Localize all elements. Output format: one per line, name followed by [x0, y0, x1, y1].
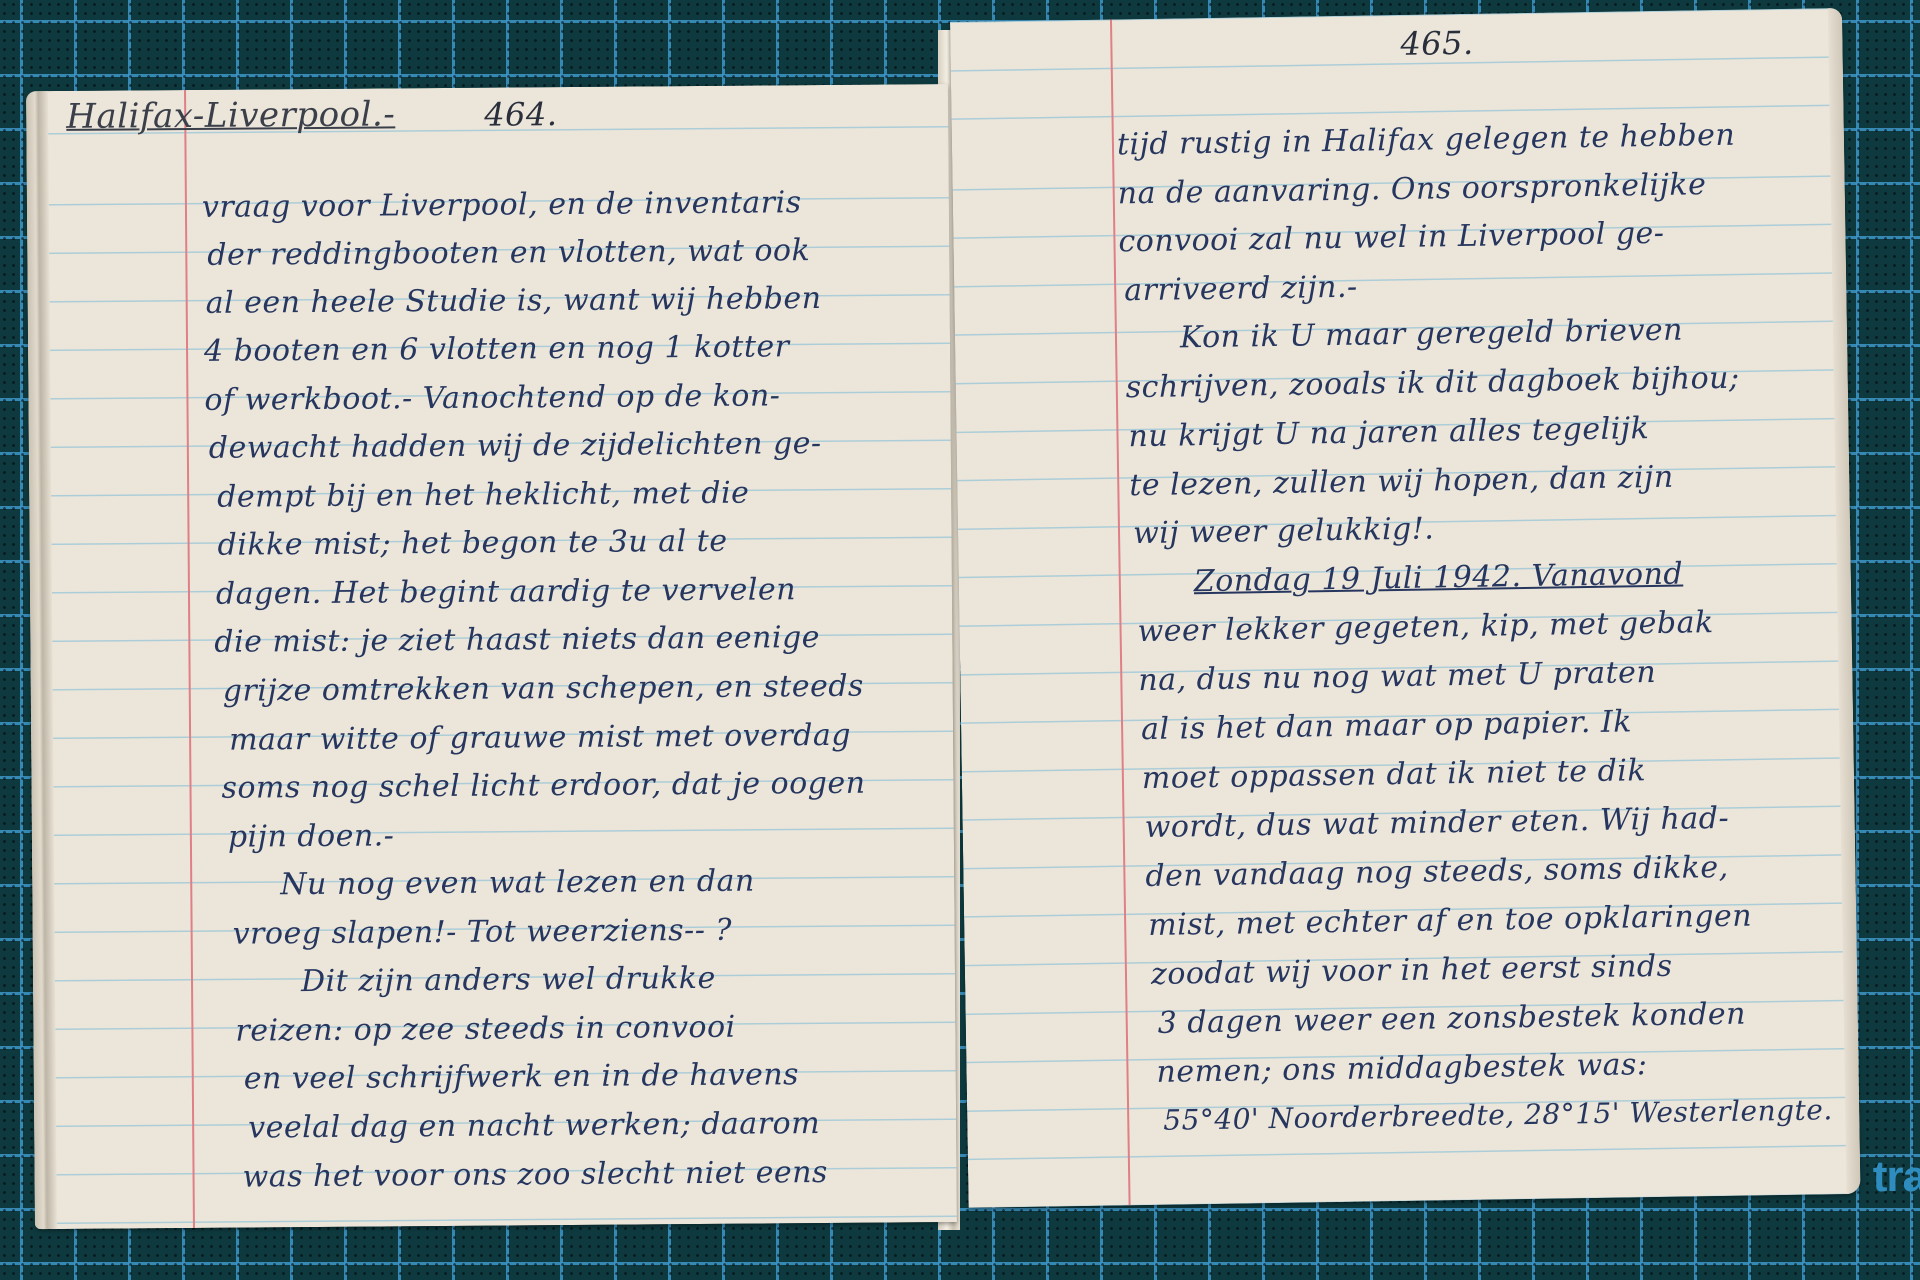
text-line: wordt, dus wat minder eten. Wij had- [1144, 801, 1729, 845]
text-line: was het voor ons zoo slecht niet eens [242, 1155, 828, 1195]
text-line: weer lekker gegeten, kip, met gebak [1137, 605, 1714, 649]
text-line: den vandaag nog steeds, soms dikke, [1145, 850, 1729, 894]
text-line: convooi zal nu wel in Liverpool ge- [1118, 216, 1664, 260]
text-line: veelal dag en nacht werken; daarom [248, 1106, 820, 1145]
text-line: dempt bij en het heklicht, met die [217, 476, 749, 515]
text-line: arriveerd zijn.- [1124, 270, 1358, 309]
text-line: 4 booten en 6 vlotten en nog 1 kotter [204, 329, 790, 369]
text-line: al is het dan maar op papier. Ik [1141, 704, 1632, 747]
text-line: 55°40' Noorderbreedte, 28°15' Westerleng… [1163, 1093, 1833, 1137]
left-page: Halifax-Liverpool.- 464. vraag voor Live… [26, 84, 957, 1229]
text-line: die mist: je ziet haast niets dan eenige [214, 620, 820, 660]
text-line: zoodat wij voor in het eerst sinds [1151, 949, 1673, 992]
text-line: na de aanvaring. Ons oorspronkelijke [1117, 167, 1706, 211]
text-line: dewacht hadden wij de zijdelichten ge- [209, 426, 822, 466]
right-page: 465. tijd rustig in Halifax gelegen te h… [950, 8, 1861, 1208]
page-number: 465. [1400, 24, 1474, 63]
text-line: mist, met echter af en toe opklaringen [1148, 899, 1752, 943]
page-number: 464. [484, 95, 558, 134]
text-line: tijd rustig in Halifax gelegen te hebben [1117, 118, 1736, 163]
text-line: Nu nog even wat lezen en dan [280, 864, 755, 903]
margin-line [184, 90, 194, 1228]
text-line: reizen: op zee steeds in convooi [235, 1010, 736, 1049]
diary-date-heading: Zondag 19 Juli 1942. Vanavond [1194, 557, 1684, 600]
text-line: 3 dagen weer een zonsbestek konden [1157, 997, 1746, 1041]
text-line: soms nog schel licht erdoor, dat je ooge… [221, 766, 865, 806]
text-line: of werkboot.- Vanochtend op de kon- [204, 378, 780, 418]
text-line: te lezen, zullen wij hopen, dan zijn [1129, 460, 1674, 504]
text-line: dagen. Het begint aardig te vervelen [216, 572, 796, 612]
text-line: dikke mist; het begon te 3u al te [217, 524, 727, 563]
text-line: nu krijgt U na jaren alles tegelijk [1128, 411, 1649, 454]
mat-brand-text: tra [1873, 1152, 1920, 1202]
text-line: pijn doen.- [228, 818, 395, 854]
text-line: Kon ik U maar geregeld brieven [1180, 313, 1684, 356]
text-line: vraag voor Liverpool, en de inventaris [202, 185, 802, 225]
text-line: maar witte of grauwe mist met overdag [229, 718, 851, 758]
text-line: en veel schrijfwerk en in de havens [244, 1057, 799, 1096]
text-line: Dit zijn anders wel drukke [301, 961, 716, 999]
text-line: der reddingbooten en vlotten, wat ook [207, 233, 810, 273]
text-line: al een heele Studie is, want wij hebben [206, 281, 822, 321]
text-line: grijze omtrekken van schepen, en steeds [223, 669, 864, 709]
text-line: na, dus nu nog wat met U praten [1138, 655, 1656, 698]
text-line: nemen; ons middagbestek was: [1156, 1047, 1648, 1090]
text-line: vroeg slapen!- Tot weerziens-- ? [233, 913, 733, 952]
text-line: schrijven, zooals ik dit dagboek bijhou; [1125, 361, 1739, 406]
page-header-route: Halifax-Liverpool.- [66, 94, 395, 137]
text-line: wij weer gelukkig!. [1133, 511, 1435, 551]
text-line: moet oppassen dat ik niet te dik [1142, 753, 1647, 796]
